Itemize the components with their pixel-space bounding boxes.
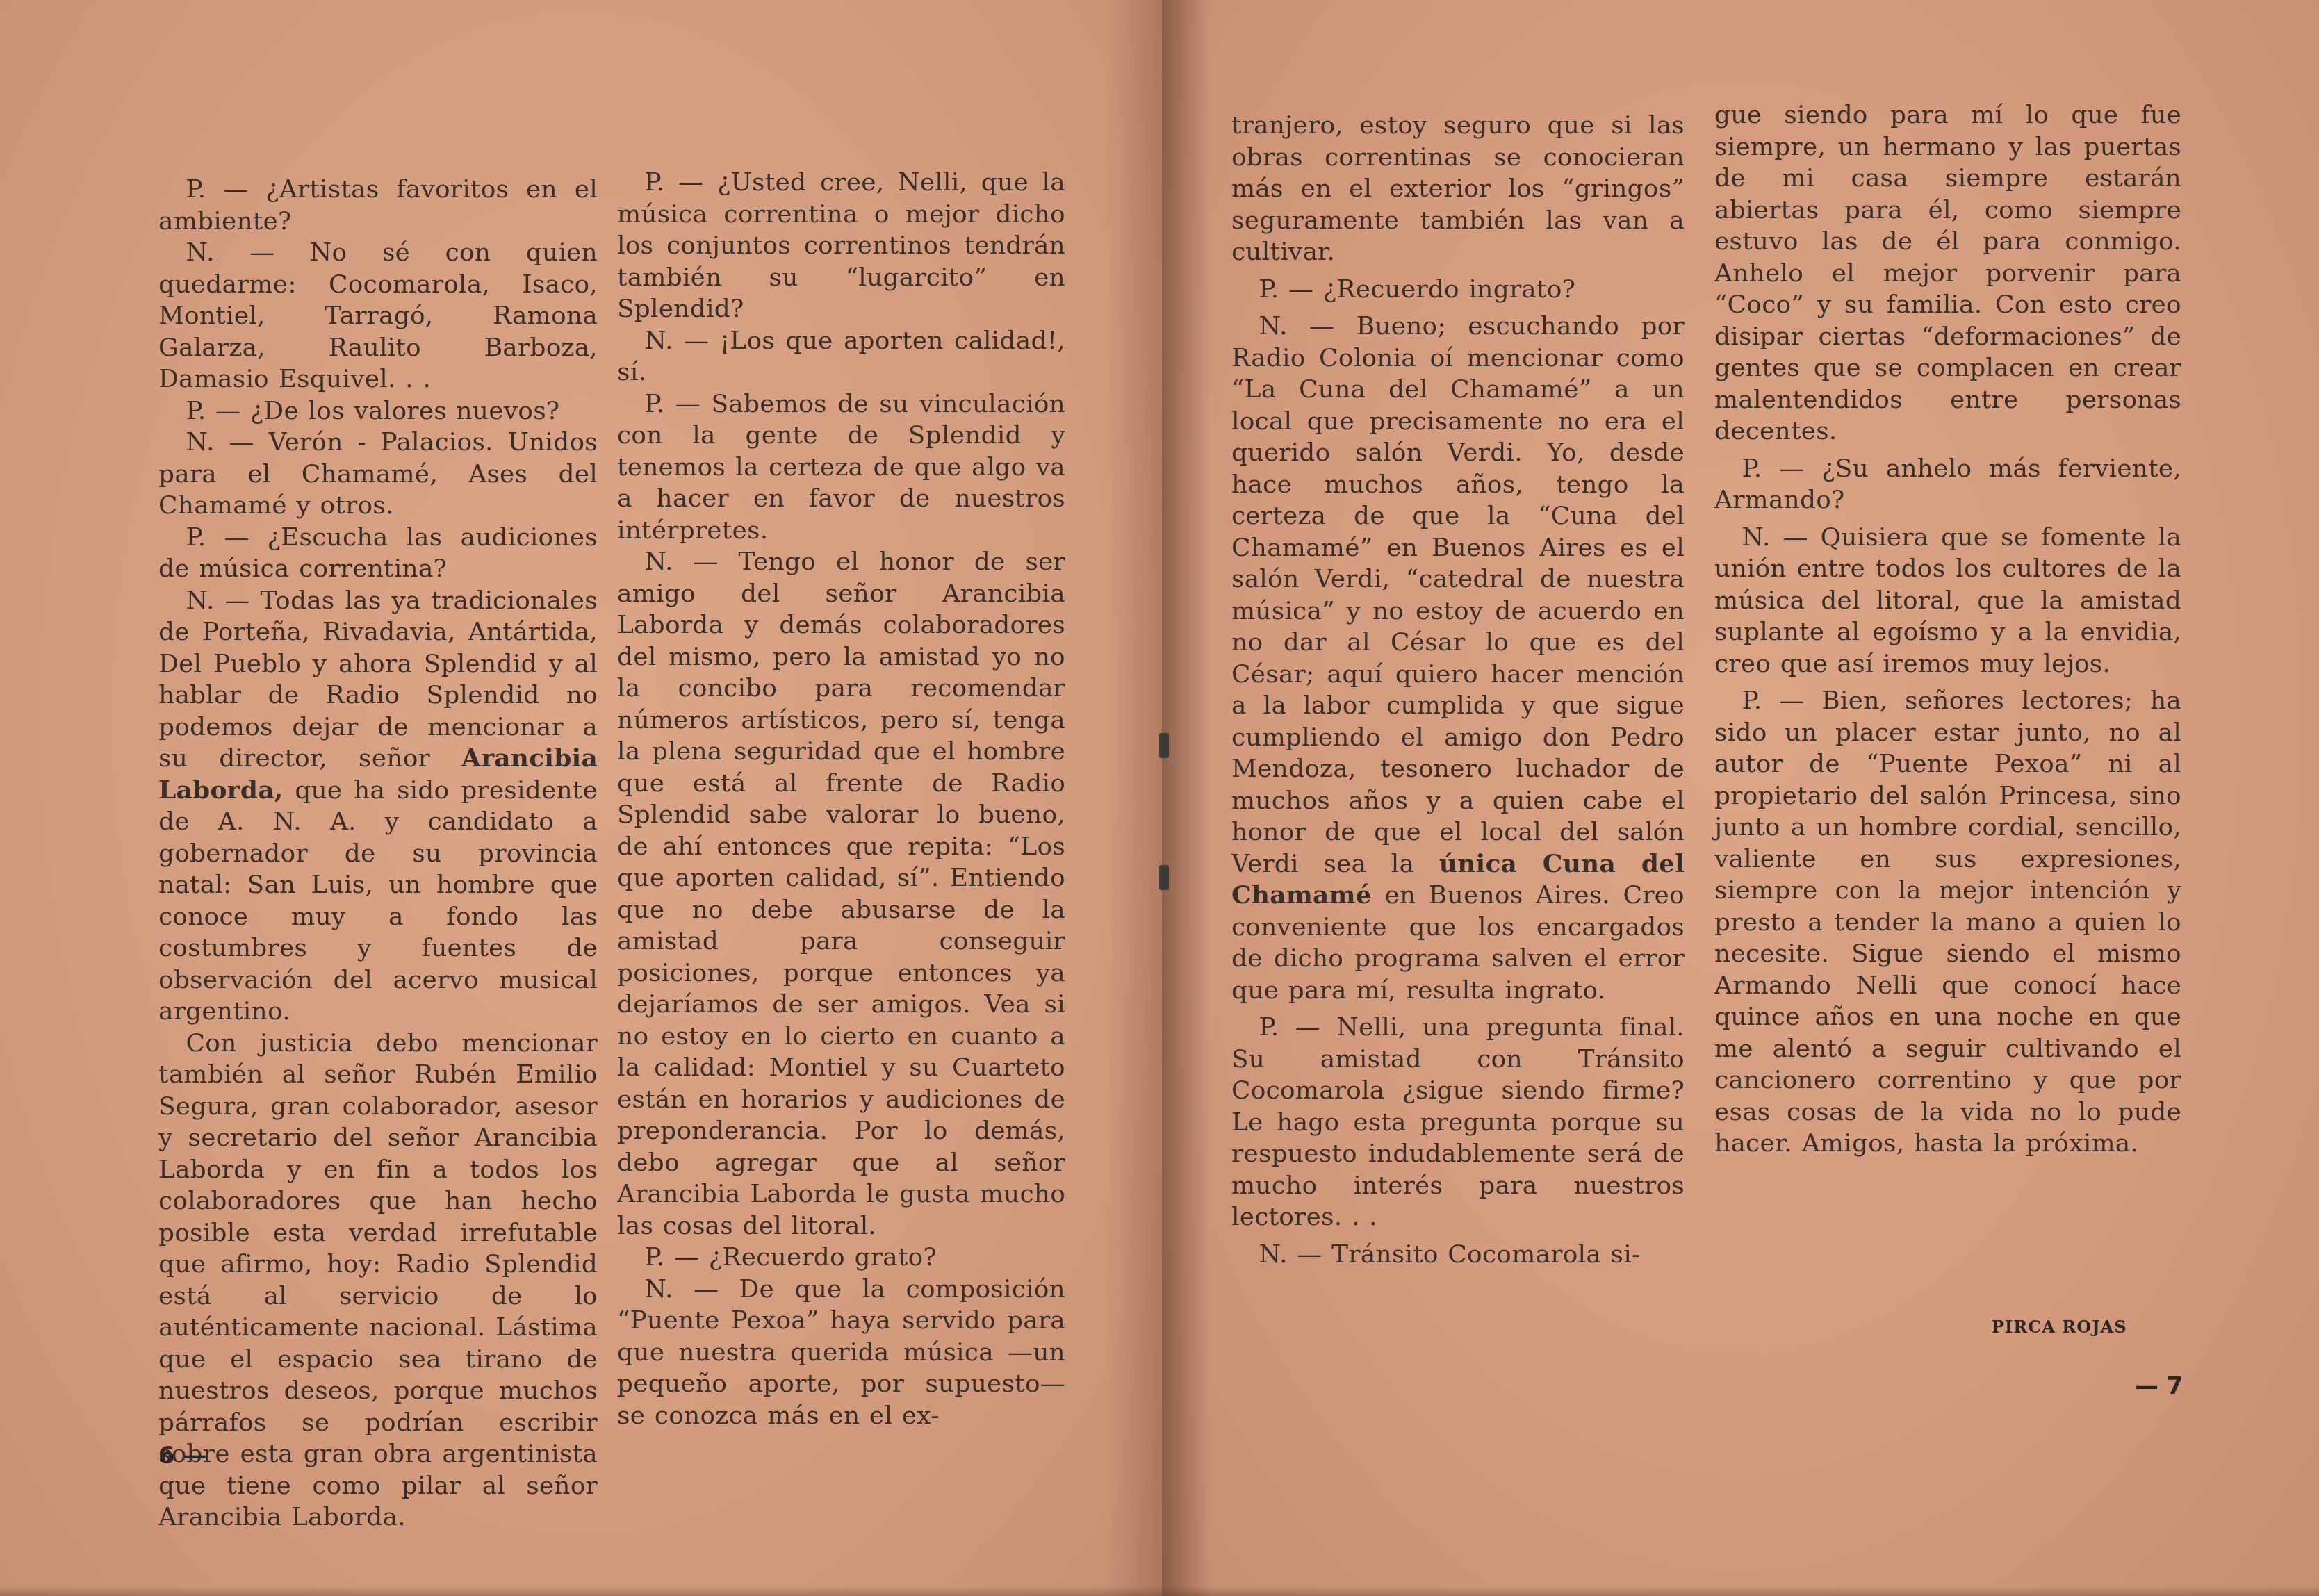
- page-bottom-edge: [0, 1586, 2319, 1596]
- paragraph: P. — ¿Escucha las audiciones de música c…: [158, 522, 598, 585]
- staple: [1159, 865, 1169, 890]
- paragraph: P. — ¿Su anhelo más ferviente, Armando?: [1714, 453, 2181, 516]
- left-page-column-1: P. — ¿Artistas favoritos en el ambiente?…: [158, 174, 598, 1533]
- paragraph: P. — ¿Usted cree, Nelli, que la música c…: [617, 167, 1065, 325]
- paragraph: N. — ¡Los que aporten calidad!, sí.: [617, 325, 1065, 388]
- paragraph: P. — ¿Artistas favoritos en el ambiente?: [158, 174, 598, 237]
- page-number-left: 6 —: [158, 1442, 207, 1470]
- paragraph: gue siendo para mí lo que fue siempre, u…: [1714, 99, 2181, 447]
- text-run: que ha sido presidente de A. N. A. y can…: [158, 776, 598, 1026]
- staple: [1159, 733, 1169, 758]
- left-page: P. — ¿Artistas favoritos en el ambiente?…: [0, 0, 1162, 1596]
- gutter-shadow: [1105, 0, 1162, 1596]
- paragraph: P. — Bien, señores lectores; ha sido un …: [1714, 685, 2181, 1160]
- paragraph: P. — Nelli, una pregunta final. Su amist…: [1231, 1012, 1685, 1233]
- author-signature: PIRCA ROJAS: [1992, 1317, 2127, 1337]
- paragraph: P. — ¿Recuerdo grato?: [617, 1242, 1065, 1274]
- gutter-shadow: [1162, 0, 1211, 1596]
- paragraph: N. — Quisiera que se fomente la unión en…: [1714, 522, 2181, 680]
- paragraph: N. — Tránsito Cocomarola si-: [1231, 1239, 1685, 1271]
- page-number-right: — 7: [2135, 1372, 2183, 1400]
- paragraph: N. — No sé con quien quedarme: Cocomarol…: [158, 237, 598, 395]
- right-page-column-2: gue siendo para mí lo que fue siempre, u…: [1714, 99, 2181, 1160]
- paragraph: N. — Bueno; escuchando por Radio Colonia…: [1231, 311, 1685, 1006]
- right-page: tranjero, estoy seguro que si las obras …: [1162, 0, 2319, 1596]
- paragraph: N. — Verón - Palacios. Unidos para el Ch…: [158, 427, 598, 522]
- open-booklet-spread: P. — ¿Artistas favoritos en el ambiente?…: [0, 0, 2319, 1596]
- text-run: N. — Bueno; escuchando por Radio Colonia…: [1231, 312, 1685, 878]
- paragraph: P. — Sabemos de su vinculación con la ge…: [617, 388, 1065, 547]
- paragraph: P. — ¿Recuerdo ingrato?: [1231, 274, 1685, 306]
- paragraph: Con justicia debo mencionar también al s…: [158, 1028, 598, 1533]
- paragraph: N. — De que la composición “Puente Pexoa…: [617, 1274, 1065, 1432]
- right-page-column-1: tranjero, estoy seguro que si las obras …: [1231, 110, 1685, 1270]
- left-page-column-2: P. — ¿Usted cree, Nelli, que la música c…: [617, 167, 1065, 1431]
- paragraph: P. — ¿De los valores nuevos?: [158, 395, 598, 427]
- paragraph: tranjero, estoy seguro que si las obras …: [1231, 110, 1685, 268]
- paragraph: N. — Tengo el honor de ser amigo del señ…: [617, 546, 1065, 1242]
- paragraph: N. — Todas las ya tradicionales de Porte…: [158, 585, 598, 1028]
